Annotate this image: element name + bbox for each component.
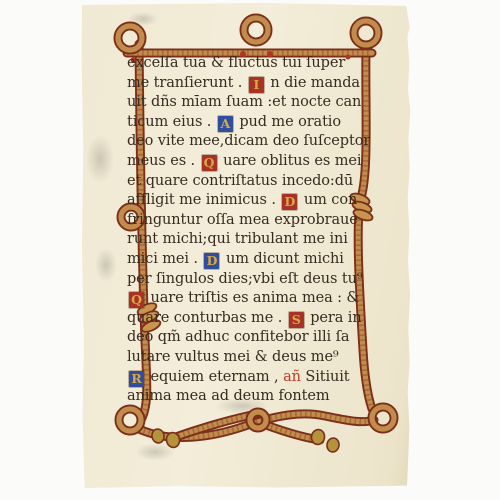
line-text: ticum eius . <box>127 114 216 130</box>
text-line: ticum eius . A pud me oratio <box>127 113 375 133</box>
text-line: runt michi;qui tribulant me ini <box>127 230 375 250</box>
illuminated-initial: Q <box>202 155 217 171</box>
text-line: et quare contriſtatus incedo:dū <box>127 172 375 192</box>
line-text: deo qm̃ adhuc confitebor illi ſa <box>127 329 349 345</box>
line-text: et quare contriſtatus incedo:dū <box>127 173 353 189</box>
illuminated-initial: D <box>282 194 297 210</box>
illuminated-initial: R <box>129 371 144 387</box>
text-line: deo vite mee,dicam deo ſuſceptor <box>127 132 375 152</box>
line-text: lutare vultus mei & deus me⁹ <box>127 349 339 365</box>
line-text: me tranſierunt . <box>127 75 247 91</box>
text-line: affligit me inimicus . D um con <box>127 191 375 211</box>
line-text: uare oblitus es mei <box>219 153 362 169</box>
text-line: lutare vultus mei & deus me⁹ <box>127 348 375 368</box>
line-text: affligit me inimicus . <box>127 192 280 208</box>
illuminated-initial: S <box>289 312 304 328</box>
text-line: deo qm̃ adhuc confitebor illi ſa <box>127 328 375 348</box>
line-text: quare conturbas me . <box>127 310 287 326</box>
line-text: meus es . <box>127 153 200 169</box>
line-text: runt michi;qui tribulant me ini <box>127 231 348 247</box>
text-line: per ſingulos dies;vbi eſt deus tu⁹ <box>127 270 375 290</box>
line-text: fringuntur oſſa mea exprobraue <box>127 212 358 228</box>
line-text: mici mei . <box>127 251 202 267</box>
text-block: excelſa tua & fluctus tui ſuperme tranſi… <box>127 54 375 407</box>
text-line: anima mea ad deum fontem <box>127 387 375 407</box>
text-line: me tranſierunt . I n die manda <box>127 74 375 94</box>
line-text: um dicunt michi <box>221 251 343 267</box>
rubric-abbreviation: añ <box>283 369 301 385</box>
line-text: anima mea ad deum fontem <box>127 388 330 404</box>
text-line: uit dñs mīam ſuam :et nocte can <box>127 93 375 113</box>
text-line: fringuntur oſſa mea exprobraue <box>127 211 375 231</box>
text-line: R equiem eternam , añ Sitiuit <box>127 368 375 388</box>
illuminated-initial: I <box>249 77 264 93</box>
text-line: excelſa tua & fluctus tui ſuper <box>127 54 375 74</box>
line-text: n die manda <box>266 75 360 91</box>
line-text: pera in <box>306 310 362 326</box>
text-line: Q uare triſtis es anima mea : & <box>127 289 375 309</box>
line-text: deo vite mee,dicam deo ſuſceptor <box>127 133 370 149</box>
line-text: um con <box>299 192 357 208</box>
line-text: equiem eternam , <box>146 369 283 385</box>
text-line: mici mei . D um dicunt michi <box>127 250 375 270</box>
text-line: quare conturbas me . S pera in <box>127 309 375 329</box>
line-text: uit dñs mīam ſuam :et nocte can <box>127 94 361 110</box>
illuminated-initial: D <box>204 253 219 269</box>
illuminated-initial: Q <box>129 292 144 308</box>
text-line: meus es . Q uare oblitus es mei <box>127 152 375 172</box>
line-text: Sitiuit <box>301 369 350 385</box>
line-text: excelſa tua & fluctus tui ſuper <box>127 55 345 71</box>
illuminated-initial: A <box>218 116 233 132</box>
line-text: pud me oratio <box>235 114 341 130</box>
line-text: per ſingulos dies;vbi eſt deus tu⁹ <box>127 271 363 287</box>
line-text: uare triſtis es anima mea : & <box>146 290 359 306</box>
